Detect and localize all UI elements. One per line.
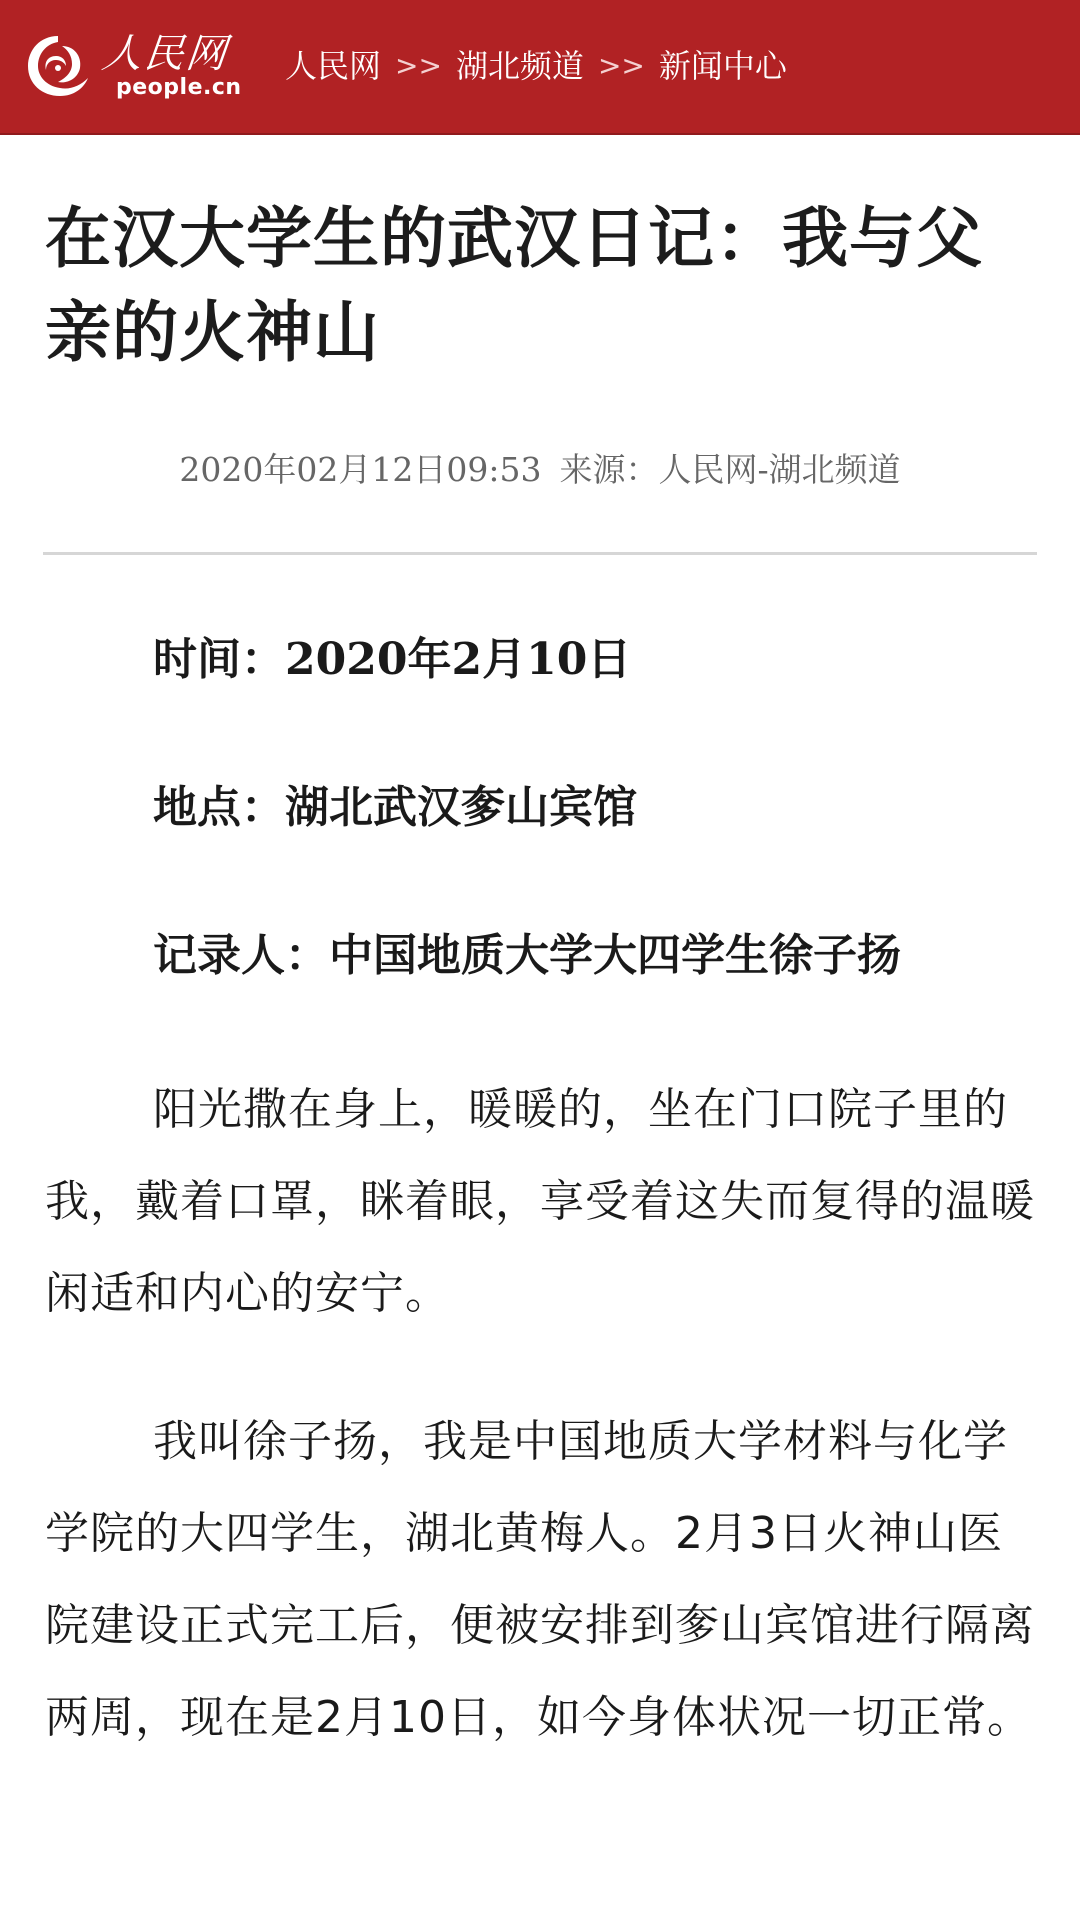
breadcrumb-separator: >> [598, 46, 645, 86]
info-time-label: 时间： [153, 634, 285, 685]
logo-english-text: people.cn [116, 76, 242, 100]
info-recorder: 记录人：中国地质大学大四学生徐子扬 [153, 926, 901, 986]
article-title: 在汉大学生的武汉日记：我与父亲的火神山 [45, 192, 1045, 380]
info-location: 地点：湖北武汉奓山宾馆 [153, 778, 637, 838]
breadcrumb-item-people[interactable]: 人民网 [285, 46, 381, 86]
breadcrumb-item-news-center[interactable]: 新闻中心 [659, 46, 787, 86]
breadcrumb: 人民网 >> 湖北频道 >> 新闻中心 [285, 46, 787, 86]
site-header: 人民网 people.cn 人民网 >> 湖北频道 >> 新闻中心 [0, 0, 1080, 135]
article-meta: 2020年02月12日09:53来源：人民网-湖北频道 [0, 448, 1080, 492]
info-time-value: 2020年2月10日 [285, 634, 631, 685]
people-daily-swirl-logo-icon [22, 30, 94, 102]
info-location-value: 湖北武汉奓山宾馆 [285, 782, 637, 833]
article-source: 来源：人民网-湖北频道 [559, 450, 900, 489]
info-time: 时间：2020年2月10日 [153, 630, 631, 690]
site-logo[interactable]: 人民网 people.cn [22, 26, 242, 106]
publish-datetime: 2020年02月12日09:53 [179, 450, 541, 489]
info-location-label: 地点： [153, 782, 285, 833]
info-recorder-value: 中国地质大学大四学生徐子扬 [329, 930, 901, 981]
divider [43, 552, 1037, 555]
logo-chinese-text: 人民网 [100, 32, 231, 76]
info-recorder-label: 记录人： [153, 930, 329, 981]
article-paragraph: 我叫徐子扬，我是中国地质大学材料与化学学院的大四学生，湖北黄梅人。2月3日火神山… [45, 1396, 1045, 1764]
breadcrumb-item-hubei-channel[interactable]: 湖北频道 [456, 46, 584, 86]
breadcrumb-separator: >> [395, 46, 442, 86]
article-paragraph: 阳光撒在身上，暖暖的，坐在门口院子里的我，戴着口罩，眯着眼，享受着这失而复得的温… [45, 1064, 1045, 1340]
